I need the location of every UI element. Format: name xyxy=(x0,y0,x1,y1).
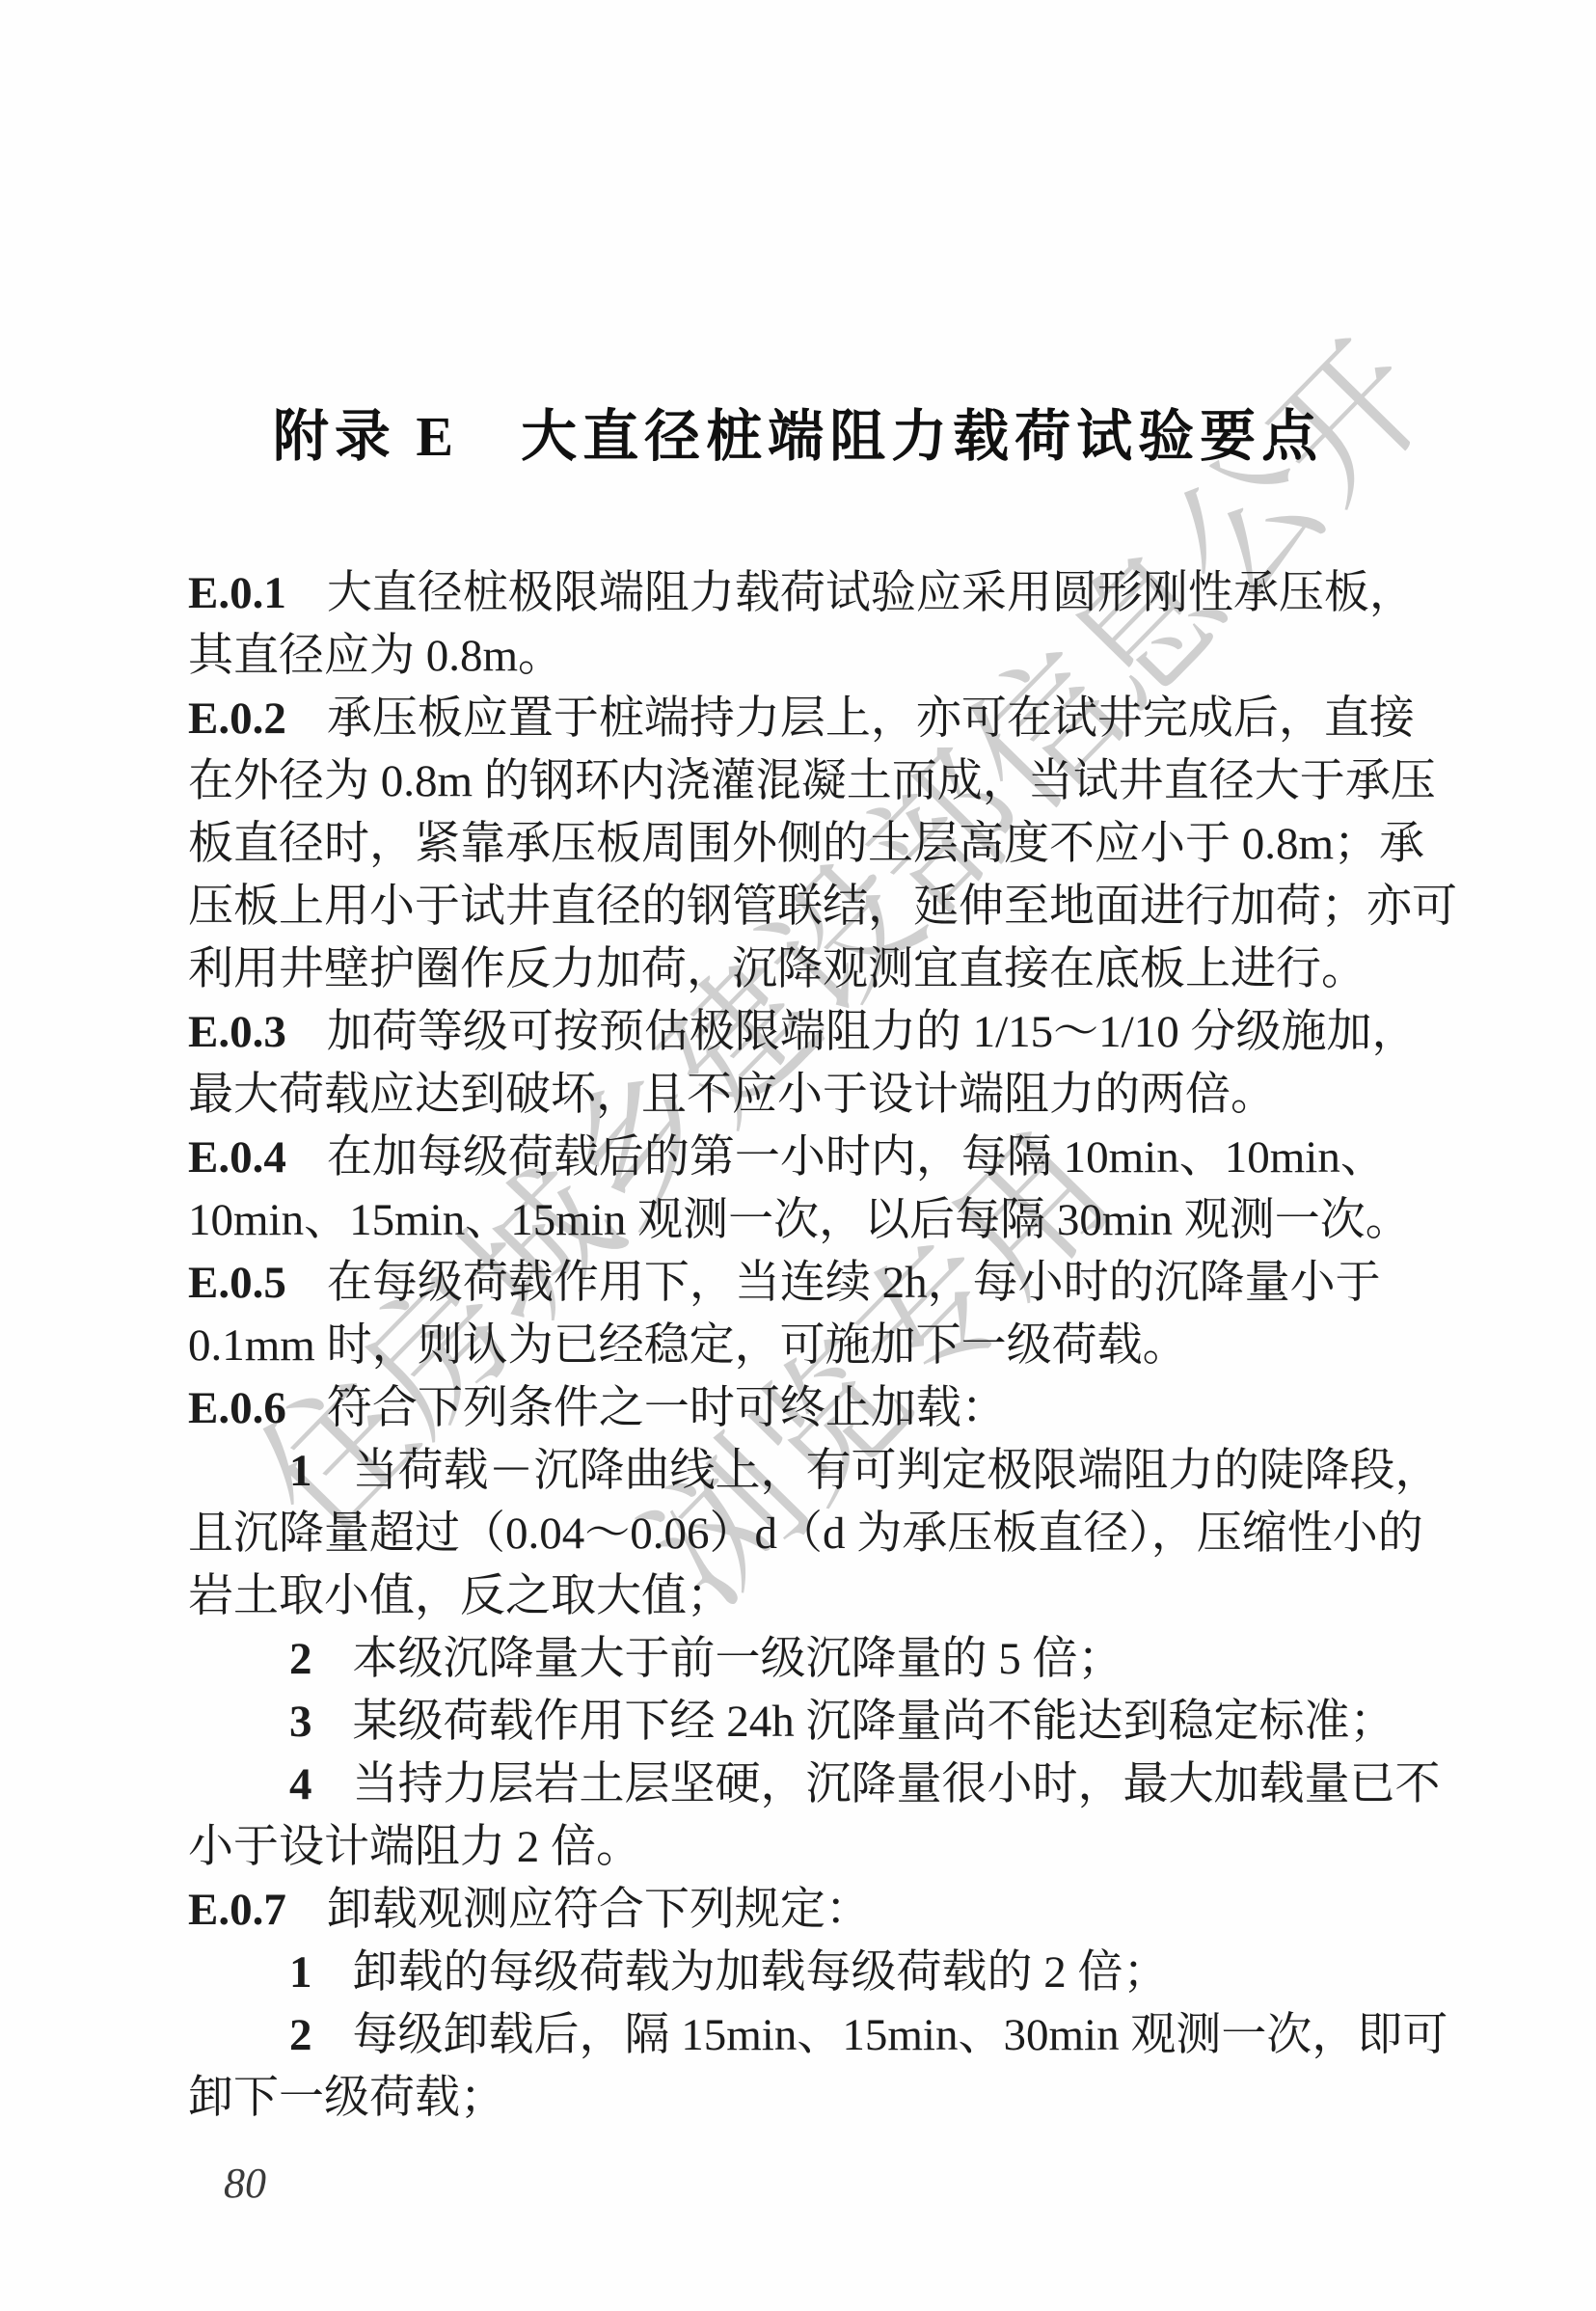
clause-text: 当荷载－沉降曲线上，有可判定极限端阻力的陡降段， xyxy=(353,1446,1441,1496)
clause-text: 当持力层岩土层坚硬，沉降量很小时，最大加载量已不 xyxy=(353,1759,1441,1809)
text-line: 最大荷载应达到破坏，且不应小于设计端阻力的两倍。 xyxy=(188,1064,1411,1127)
clause-number: 2 xyxy=(289,1634,312,1684)
clause-number: E.0.5 xyxy=(188,1258,286,1308)
clause-text: 本级沉降量大于前一级沉降量的 5 倍； xyxy=(353,1634,1123,1684)
document-page: 住房城乡建设部信息公开 浏览专用 附录 E 大直径桩端阻力载荷试验要点 E.0.… xyxy=(0,0,1596,2311)
text-line: 0.1mm 时，则认为已经稳定，可施加下一级荷载。 xyxy=(188,1315,1411,1377)
text-line: 在外径为 0.8m 的钢环内浇灌混凝土而成，当试井直径大于承压 xyxy=(188,750,1411,813)
text-line: 小于设计端阻力 2 倍。 xyxy=(188,1816,1411,1879)
clause-text: 在加每级荷载后的第一小时内，每隔 10min、10min、 xyxy=(327,1132,1386,1183)
clause-text: 每级卸载后，隔 15min、15min、30min 观测一次，即可 xyxy=(353,2010,1448,2060)
clause-text: 卸下一级荷载； xyxy=(188,2073,505,2123)
document-content: 附录 E 大直径桩端阻力载荷试验要点 E.0.1大直径桩极限端阻力载荷试验应采用… xyxy=(0,0,1596,2311)
text-line: 板直径时，紧靠承压板周围外侧的土层高度不应小于 0.8m；承 xyxy=(188,813,1411,876)
text-line: E.0.6符合下列条件之一时可终止加载： xyxy=(188,1377,1411,1440)
text-line: 1卸载的每级荷载为加载每级荷载的 2 倍； xyxy=(188,1942,1411,2004)
clause-text: 其直径应为 0.8m。 xyxy=(188,631,563,681)
clause-text: 板直径时，紧靠承压板周围外侧的土层高度不应小于 0.8m；承 xyxy=(188,819,1424,869)
clause-text: 0.1mm 时，则认为已经稳定，可施加下一级荷载。 xyxy=(188,1320,1188,1371)
clause-number: 2 xyxy=(289,2010,312,2060)
clause-text: 压板上用小于试井直径的钢管联结，延伸至地面进行加荷；亦可 xyxy=(188,882,1457,932)
text-line: E.0.1大直径桩极限端阻力载荷试验应采用圆形刚性承压板， xyxy=(188,562,1411,625)
clause-number: E.0.7 xyxy=(188,1885,286,1935)
clause-text: 卸载的每级荷载为加载每级荷载的 2 倍； xyxy=(353,1947,1169,1998)
clause-text: 卸载观测应符合下列规定： xyxy=(327,1885,871,1935)
clause-number: E.0.3 xyxy=(188,1007,286,1057)
text-line: 4当持力层岩土层坚硬，沉降量很小时，最大加载量已不 xyxy=(188,1754,1411,1816)
text-line: 3某级荷载作用下经 24h 沉降量尚不能达到稳定标准； xyxy=(188,1691,1411,1754)
clause-number: 1 xyxy=(289,1446,312,1496)
text-line: E.0.4在加每级荷载后的第一小时内，每隔 10min、10min、 xyxy=(188,1127,1411,1189)
text-line: E.0.3加荷等级可按预估极限端阻力的 1/15～1/10 分级施加， xyxy=(188,1001,1411,1064)
clause-text: 小于设计端阻力 2 倍。 xyxy=(188,1822,641,1872)
text-line: 其直径应为 0.8m。 xyxy=(188,625,1411,688)
text-line: 1当荷载－沉降曲线上，有可判定极限端阻力的陡降段， xyxy=(188,1440,1411,1503)
text-line: 2本级沉降量大于前一级沉降量的 5 倍； xyxy=(188,1628,1411,1691)
appendix-title: 附录 E 大直径桩端阻力载荷试验要点 xyxy=(0,394,1596,480)
clause-text: 符合下列条件之一时可终止加载： xyxy=(327,1383,1007,1433)
text-line: 岩土取小值，反之取大值； xyxy=(188,1565,1411,1628)
body-text-block: E.0.1大直径桩极限端阻力载荷试验应采用圆形刚性承压板，其直径应为 0.8m。… xyxy=(188,562,1411,2130)
text-line: 利用井壁护圈作反力加荷，沉降观测宜直接在底板上进行。 xyxy=(188,938,1411,1001)
clause-text: 大直径桩极限端阻力载荷试验应采用圆形刚性承压板， xyxy=(327,568,1415,618)
clause-text: 岩土取小值，反之取大值； xyxy=(188,1571,732,1621)
clause-text: 最大荷载应达到破坏，且不应小于设计端阻力的两倍。 xyxy=(188,1070,1276,1120)
page-number: 80 xyxy=(224,2159,266,2208)
clause-number: E.0.4 xyxy=(188,1132,286,1183)
clause-text: 承压板应置于桩端持力层上，亦可在试井完成后，直接 xyxy=(327,693,1415,744)
clause-number: E.0.6 xyxy=(188,1383,286,1433)
clause-text: 且沉降量超过（0.04～0.06）d（d 为承压板直径），压缩性小的 xyxy=(188,1509,1423,1559)
clause-text: 在外径为 0.8m 的钢环内浇灌混凝土而成，当试井直径大于承压 xyxy=(188,756,1436,806)
clause-text: 某级荷载作用下经 24h 沉降量尚不能达到稳定标准； xyxy=(353,1697,1395,1747)
text-line: E.0.5在每级荷载作用下，当连续 2h，每小时的沉降量小于 xyxy=(188,1252,1411,1315)
clause-number: 4 xyxy=(289,1759,312,1809)
clause-text: 在每级荷载作用下，当连续 2h，每小时的沉降量小于 xyxy=(327,1258,1381,1308)
clause-number: E.0.1 xyxy=(188,568,286,618)
clause-number: 1 xyxy=(289,1947,312,1998)
text-line: 10min、15min、15min 观测一次，以后每隔 30min 观测一次。 xyxy=(188,1189,1411,1252)
clause-text: 利用井壁护圈作反力加荷，沉降观测宜直接在底板上进行。 xyxy=(188,944,1366,994)
clause-text: 10min、15min、15min 观测一次，以后每隔 30min 观测一次。 xyxy=(188,1195,1411,1245)
text-line: 卸下一级荷载； xyxy=(188,2067,1411,2130)
text-line: 且沉降量超过（0.04～0.06）d（d 为承压板直径），压缩性小的 xyxy=(188,1503,1411,1565)
text-line: 压板上用小于试井直径的钢管联结，延伸至地面进行加荷；亦可 xyxy=(188,876,1411,938)
clause-number: E.0.2 xyxy=(188,693,286,744)
text-line: 2每级卸载后，隔 15min、15min、30min 观测一次，即可 xyxy=(188,2004,1411,2067)
text-line: E.0.7卸载观测应符合下列规定： xyxy=(188,1879,1411,1942)
clause-text: 加荷等级可按预估极限端阻力的 1/15～1/10 分级施加， xyxy=(327,1007,1418,1057)
text-line: E.0.2承压板应置于桩端持力层上，亦可在试井完成后，直接 xyxy=(188,688,1411,750)
clause-number: 3 xyxy=(289,1697,312,1747)
